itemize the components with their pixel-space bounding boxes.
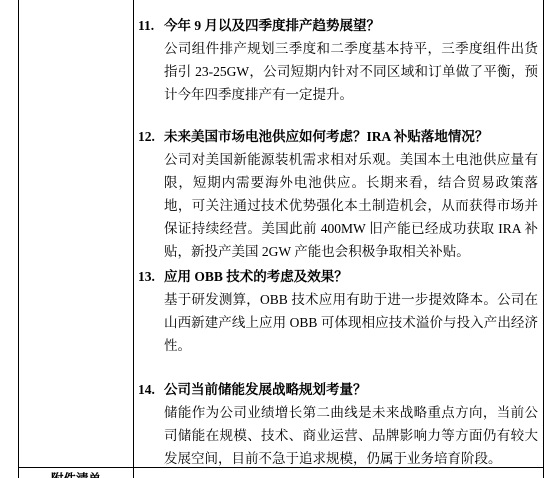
question-title: 公司当前储能发展战略规划考量？ [164,378,538,401]
qa-row-label-cell [19,0,134,467]
qa-body: 公司当前储能发展战略规划考量？ 储能作为公司业绩增长第二曲线是未来战略重点方向，… [164,378,538,470]
record-table: 11. 今年 9 月以及四季度排产趋势展望？ 公司组件排产规划三季度和二季度基本… [18,0,544,478]
qa-table-row: 11. 今年 9 月以及四季度排产趋势展望？ 公司组件排产规划三季度和二季度基本… [19,0,543,468]
question-title: 今年 9 月以及四季度排产趋势展望？ [164,14,538,37]
answer-text: 公司对美国新能源装机需求相对乐观。美国本土电池供应量有限，短期内需要海外电池供应… [164,148,538,263]
qa-body: 今年 9 月以及四季度排产趋势展望？ 公司组件排产规划三季度和二季度基本持平，三… [164,14,538,106]
question-number: 12. [138,125,164,263]
answer-text: 基于研发测算，OBB 技术应用有助于进一步提效降本。公司在山西新建产线上应用 O… [164,288,538,357]
question-number: 14. [138,378,164,470]
qa-item-12: 12. 未来美国市场电池供应如何考虑？IRA 补贴落地情况？ 公司对美国新能源装… [138,125,538,263]
attachment-table-row: 附件清单 [19,468,543,478]
answer-text: 储能作为公司业绩增长第二曲线是未来战略重点方向，当前公司储能在规模、技术、商业运… [164,401,538,470]
attachment-row-label: 附件清单 [19,468,134,478]
qa-item-11: 11. 今年 9 月以及四季度排产趋势展望？ 公司组件排产规划三季度和二季度基本… [138,14,538,106]
question-title: 未来美国市场电池供应如何考虑？IRA 补贴落地情况？ [164,125,538,148]
qa-item-14: 14. 公司当前储能发展战略规划考量？ 储能作为公司业绩增长第二曲线是未来战略重… [138,378,538,470]
document-sheet: 11. 今年 9 月以及四季度排产趋势展望？ 公司组件排产规划三季度和二季度基本… [0,0,554,478]
attachment-content-cell [134,468,543,478]
qa-body: 应用 OBB 技术的考虑及效果？ 基于研发测算，OBB 技术应用有助于进一步提效… [164,265,538,357]
answer-text: 公司组件排产规划三季度和二季度基本持平，三季度组件出货指引 23-25GW，公司… [164,37,538,106]
question-title: 应用 OBB 技术的考虑及效果？ [164,265,538,288]
qa-content-cell: 11. 今年 9 月以及四季度排产趋势展望？ 公司组件排产规划三季度和二季度基本… [134,0,543,467]
qa-body: 未来美国市场电池供应如何考虑？IRA 补贴落地情况？ 公司对美国新能源装机需求相… [164,125,538,263]
document-page: { "page": { "background_color": "#ffffff… [0,0,554,478]
qa-item-13: 13. 应用 OBB 技术的考虑及效果？ 基于研发测算，OBB 技术应用有助于进… [138,265,538,357]
question-number: 11. [138,14,164,106]
question-number: 13. [138,265,164,357]
